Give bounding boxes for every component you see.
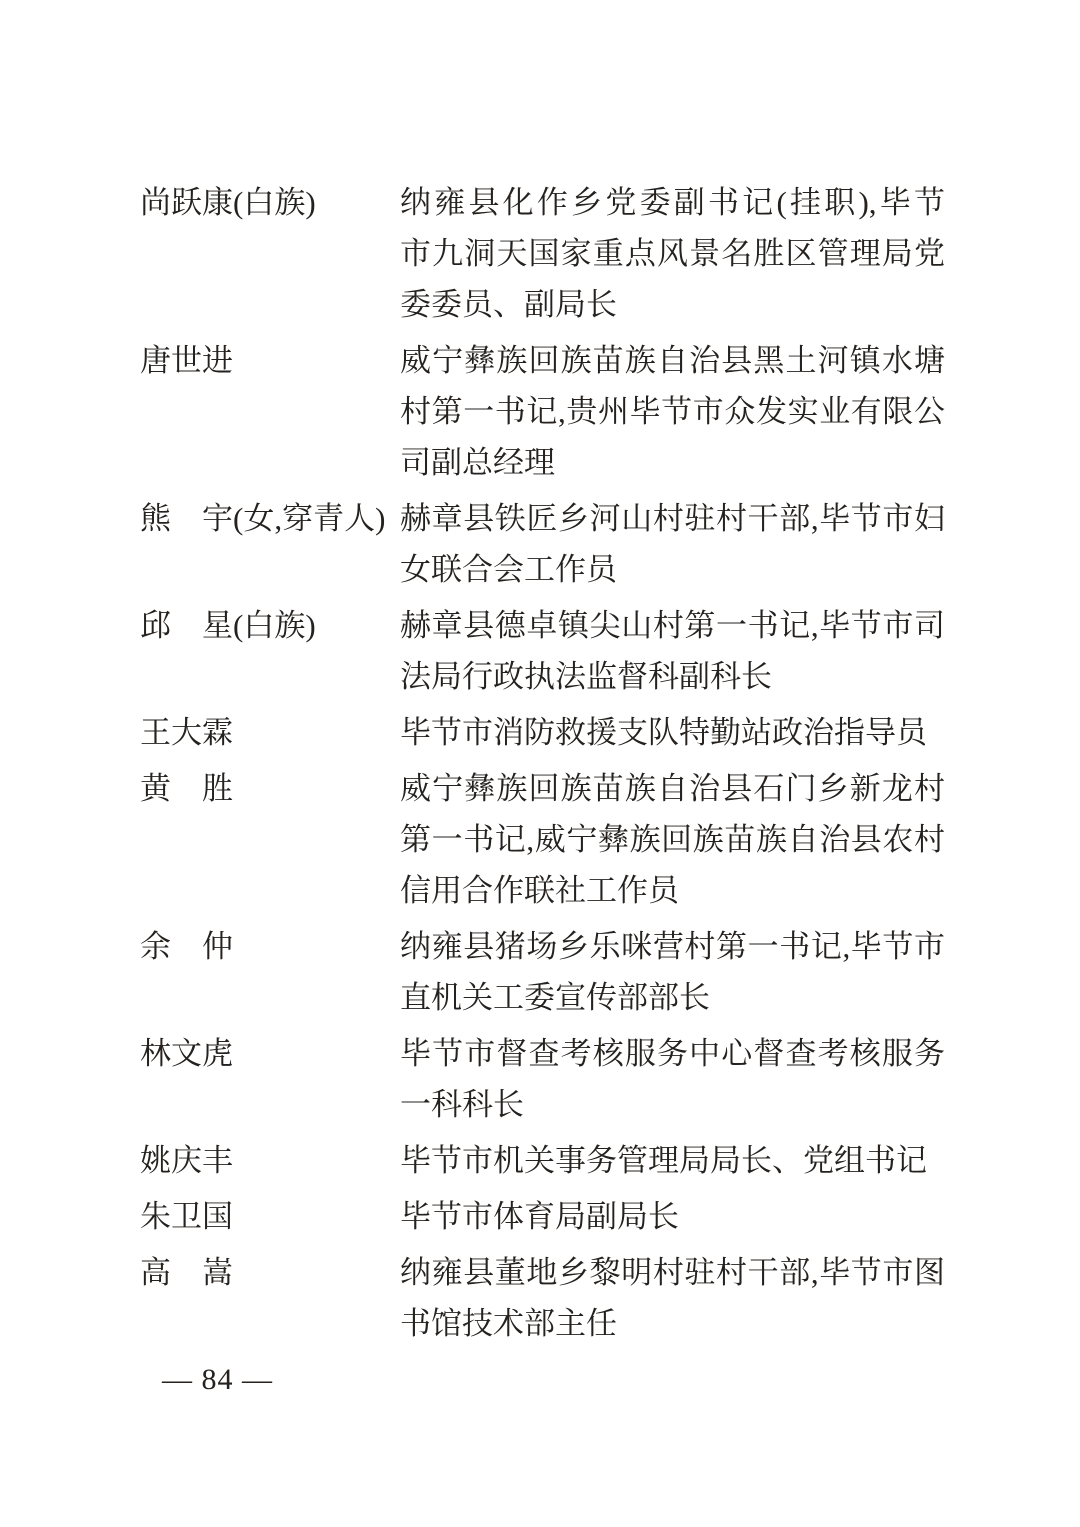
position-description: 毕节市消防救援支队特勤站政治指导员 [400, 707, 945, 758]
person-name: 朱卫国 [140, 1191, 400, 1242]
list-item: 熊 宇(女,穿青人) 赫章县铁匠乡河山村驻村干部,毕节市妇女联合会工作员 [140, 493, 945, 595]
position-description: 赫章县德卓镇尖山村第一书记,毕节市司法局行政执法监督科副科长 [400, 600, 945, 702]
position-line: 威宁彝族回族苗族自治县黑土河镇水塘 [400, 335, 945, 386]
position-line: 纳雍县董地乡黎明村驻村干部,毕节市图 [400, 1247, 945, 1298]
position-line: 毕节市体育局副局长 [400, 1191, 945, 1242]
appointments-list: 尚跃康(白族) 纳雍县化作乡党委副书记(挂职),毕节市九洞天国家重点风景名胜区管… [140, 177, 945, 1349]
position-line: 一科科长 [400, 1079, 945, 1130]
list-item: 王大霖 毕节市消防救援支队特勤站政治指导员 [140, 707, 945, 758]
position-line: 赫章县铁匠乡河山村驻村干部,毕节市妇 [400, 493, 945, 544]
list-item: 唐世进 威宁彝族回族苗族自治县黑土河镇水塘村第一书记,贵州毕节市众发实业有限公司… [140, 335, 945, 488]
list-item: 高 嵩 纳雍县董地乡黎明村驻村干部,毕节市图书馆技术部主任 [140, 1247, 945, 1349]
position-description: 赫章县铁匠乡河山村驻村干部,毕节市妇女联合会工作员 [400, 493, 945, 595]
position-description: 毕节市督查考核服务中心督查考核服务一科科长 [400, 1028, 945, 1130]
person-name: 尚跃康(白族) [140, 177, 400, 228]
position-description: 纳雍县董地乡黎明村驻村干部,毕节市图书馆技术部主任 [400, 1247, 945, 1349]
position-line: 信用合作联社工作员 [400, 865, 945, 916]
person-name: 姚庆丰 [140, 1135, 400, 1186]
position-line: 法局行政执法监督科副科长 [400, 651, 945, 702]
position-line: 委委员、副局长 [400, 279, 945, 330]
list-item: 余 仲 纳雍县猪场乡乐咪营村第一书记,毕节市直机关工委宣传部部长 [140, 921, 945, 1023]
list-item: 尚跃康(白族) 纳雍县化作乡党委副书记(挂职),毕节市九洞天国家重点风景名胜区管… [140, 177, 945, 330]
list-item: 林文虎 毕节市督查考核服务中心督查考核服务一科科长 [140, 1028, 945, 1130]
person-name: 唐世进 [140, 335, 400, 386]
person-name: 林文虎 [140, 1028, 400, 1079]
position-description: 毕节市机关事务管理局局长、党组书记 [400, 1135, 945, 1186]
list-item: 朱卫国 毕节市体育局副局长 [140, 1191, 945, 1242]
position-line: 市九洞天国家重点风景名胜区管理局党 [400, 228, 945, 279]
position-line: 女联合会工作员 [400, 544, 945, 595]
person-name: 王大霖 [140, 707, 400, 758]
document-page: 尚跃康(白族) 纳雍县化作乡党委副书记(挂职),毕节市九洞天国家重点风景名胜区管… [0, 0, 1080, 1527]
position-line: 毕节市机关事务管理局局长、党组书记 [400, 1135, 945, 1186]
position-line: 书馆技术部主任 [400, 1298, 945, 1349]
list-item: 邱 星(白族) 赫章县德卓镇尖山村第一书记,毕节市司法局行政执法监督科副科长 [140, 600, 945, 702]
position-line: 纳雍县化作乡党委副书记(挂职),毕节 [400, 177, 945, 228]
position-description: 纳雍县猪场乡乐咪营村第一书记,毕节市直机关工委宣传部部长 [400, 921, 945, 1023]
position-line: 威宁彝族回族苗族自治县石门乡新龙村 [400, 763, 945, 814]
position-line: 司副总经理 [400, 437, 945, 488]
position-line: 村第一书记,贵州毕节市众发实业有限公 [400, 386, 945, 437]
list-item: 黄 胜 威宁彝族回族苗族自治县石门乡新龙村第一书记,威宁彝族回族苗族自治县农村信… [140, 763, 945, 916]
position-line: 毕节市消防救援支队特勤站政治指导员 [400, 707, 945, 758]
person-name: 余 仲 [140, 921, 400, 972]
position-description: 威宁彝族回族苗族自治县石门乡新龙村第一书记,威宁彝族回族苗族自治县农村信用合作联… [400, 763, 945, 916]
person-name: 黄 胜 [140, 763, 400, 814]
person-name: 熊 宇(女,穿青人) [140, 493, 400, 544]
position-line: 赫章县德卓镇尖山村第一书记,毕节市司 [400, 600, 945, 651]
position-description: 威宁彝族回族苗族自治县黑土河镇水塘村第一书记,贵州毕节市众发实业有限公司副总经理 [400, 335, 945, 488]
position-line: 毕节市督查考核服务中心督查考核服务 [400, 1028, 945, 1079]
position-description: 毕节市体育局副局长 [400, 1191, 945, 1242]
position-line: 第一书记,威宁彝族回族苗族自治县农村 [400, 814, 945, 865]
position-line: 纳雍县猪场乡乐咪营村第一书记,毕节市 [400, 921, 945, 972]
list-item: 姚庆丰 毕节市机关事务管理局局长、党组书记 [140, 1135, 945, 1186]
position-line: 直机关工委宣传部部长 [400, 972, 945, 1023]
page-number: — 84 — [162, 1354, 945, 1405]
position-description: 纳雍县化作乡党委副书记(挂职),毕节市九洞天国家重点风景名胜区管理局党委委员、副… [400, 177, 945, 330]
person-name: 邱 星(白族) [140, 600, 400, 651]
person-name: 高 嵩 [140, 1247, 400, 1298]
